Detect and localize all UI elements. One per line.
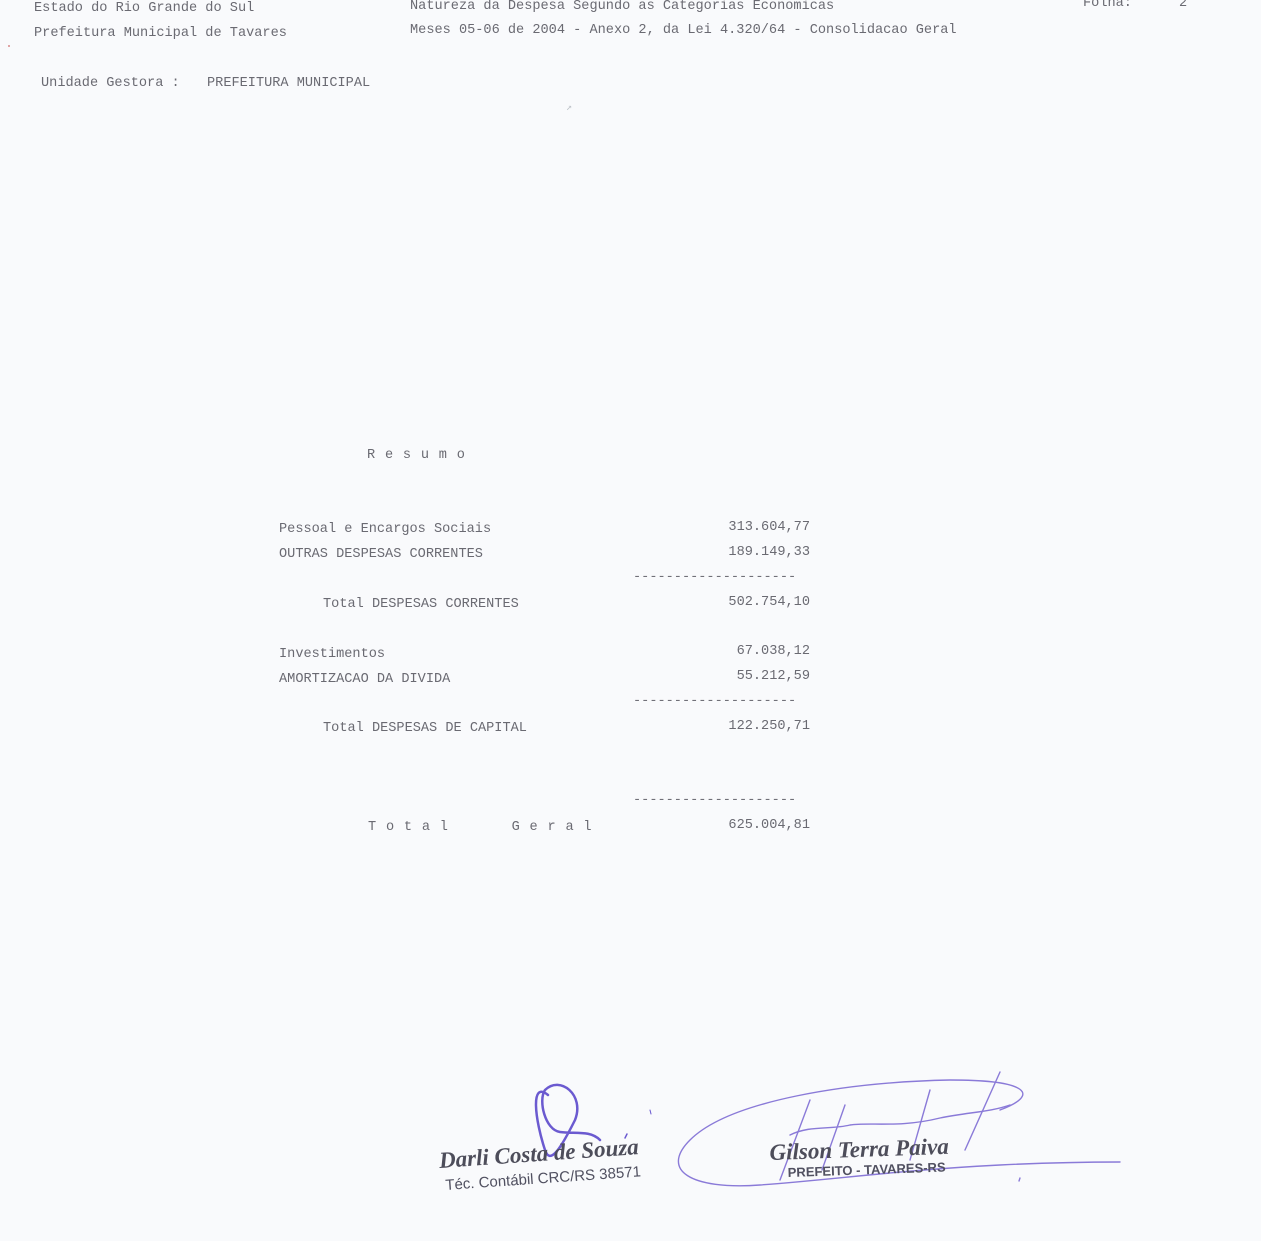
grand-total-label: Total Geral — [368, 821, 601, 835]
line-value: 189.149,33 — [610, 546, 810, 560]
line-label: Pessoal e Encargos Sociais — [279, 523, 491, 537]
line-label: Investimentos — [279, 648, 385, 662]
line-value: 55.212,59 — [610, 670, 810, 684]
state-name: Estado do Rio Grande do Sul — [34, 2, 254, 16]
scan-speck — [8, 45, 10, 47]
grand-total-word-1: Total — [368, 820, 458, 835]
separator: -------------------- — [633, 571, 796, 585]
line-value: 67.038,12 — [610, 645, 810, 659]
line-label: OUTRAS DESPESAS CORRENTES — [279, 548, 483, 562]
report-title: Natureza da Despesa Segundo as Categoria… — [410, 0, 834, 14]
subtotal-label: Total DESPESAS DE CAPITAL — [323, 722, 527, 736]
line-value: 313.604,77 — [610, 521, 810, 535]
municipality-name: Prefeitura Municipal de Tavares — [34, 27, 287, 41]
separator: -------------------- — [633, 794, 796, 808]
unit-label: Unidade Gestora : — [41, 77, 180, 91]
separator: -------------------- — [633, 695, 796, 709]
unit-value: PREFEITURA MUNICIPAL — [207, 77, 370, 91]
grand-total-word-2: Geral — [512, 820, 602, 835]
summary-title: Resumo — [367, 449, 475, 463]
scan-mark: ↗ — [566, 102, 572, 114]
sheet-label: Folha: — [1083, 0, 1132, 11]
subtotal-label: Total DESPESAS CORRENTES — [323, 598, 519, 612]
sheet-number: 2 — [1179, 0, 1187, 11]
subtotal-value: 502.754,10 — [610, 596, 810, 610]
signature-strokes — [0, 0, 1261, 1241]
grand-total-value: 625.004,81 — [610, 819, 810, 833]
subtotal-value: 122.250,71 — [610, 720, 810, 734]
line-label: AMORTIZACAO DA DIVIDA — [279, 673, 450, 687]
report-subtitle: Meses 05-06 de 2004 - Anexo 2, da Lei 4.… — [410, 24, 957, 38]
